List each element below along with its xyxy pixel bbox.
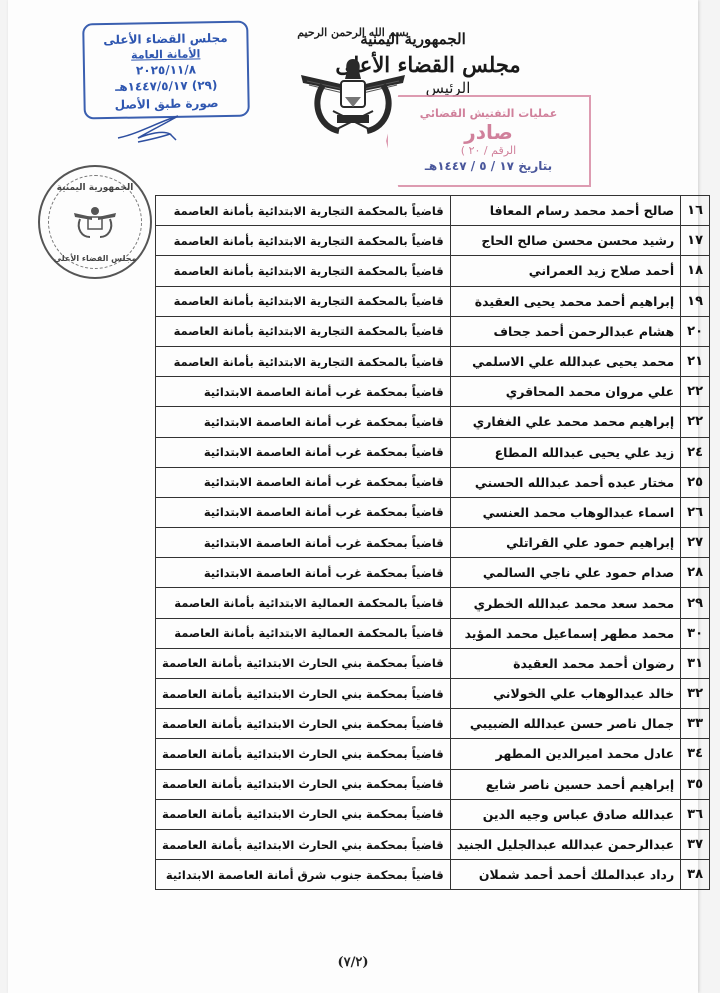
- court-assignment: قاضياً بمحكمة غرب أمانة العاصمة الابتدائ…: [156, 558, 451, 588]
- court-assignment: قاضياً بمحكمة غرب أمانة العاصمة الابتدائ…: [156, 467, 451, 497]
- table-row: ٢٤زيد علي يحيى عبدالله المطاعقاضياً بمحك…: [156, 437, 710, 467]
- row-number: ١٧: [681, 226, 710, 256]
- table-row: ١٨أحمد صلاح زيد العمرانيقاضياً بالمحكمة …: [156, 256, 710, 286]
- table-row: ٣٧عبدالرحمن عبدالله عبدالجليل الجنيدقاضي…: [156, 829, 710, 859]
- table-row: ٢٢إبراهيم محمد محمد علي الغفاريقاضياً بم…: [156, 407, 710, 437]
- stamp-council-name: مجلس القضاء الأعلى: [84, 31, 246, 48]
- court-assignment: قاضياً بالمحكمة التجارية الابتدائية بأما…: [156, 256, 451, 286]
- court-assignment: قاضياً بالمحكمة التجارية الابتدائية بأما…: [156, 286, 451, 316]
- judge-name: عبدالله صادق عباس وجيه الدين: [450, 799, 680, 829]
- judge-name: جمال ناصر حسن عبدالله الضبيبي: [450, 709, 680, 739]
- table-row: ٢٦اسماء عبدالوهاب محمد العنسيقاضياً بمحك…: [156, 497, 710, 527]
- stamp-gregorian-date: ٢٠٢٥/١١/٨: [85, 62, 247, 79]
- row-number: ٣٠: [681, 618, 710, 648]
- court-assignment: قاضياً بالمحكمة العمالية الابتدائية بأما…: [156, 588, 451, 618]
- judge-name: هشام عبدالرحمن أحمد جحاف: [450, 316, 680, 346]
- court-assignment: قاضياً بمحكمة بني الحارث الابتدائية بأما…: [156, 769, 451, 799]
- basmala: بسم الله الرحمن الرحيم: [293, 26, 413, 39]
- table-row: ١٧رشيد محسن محسن صالح الحاجقاضياً بالمحك…: [156, 226, 710, 256]
- judge-name: علي مروان محمد المحاقري: [450, 377, 680, 407]
- table-row: ٢١محمد يحيى عبدالله علي الاسلميقاضياً با…: [156, 346, 710, 376]
- table-row: ٣٣جمال ناصر حسن عبدالله الضبيبيقاضياً بم…: [156, 709, 710, 739]
- blue-certification-stamp: مجلس القضاء الأعلى الأمانة العامة ٢٠٢٥/١…: [82, 21, 250, 120]
- row-number: ١٩: [681, 286, 710, 316]
- court-assignment: قاضياً بمحكمة غرب أمانة العاصمة الابتدائ…: [156, 407, 451, 437]
- table-row: ١٦صالح أحمد محمد رسام المعافاقاضياً بالم…: [156, 196, 710, 226]
- table-row: ٣٦عبدالله صادق عباس وجيه الدينقاضياً بمح…: [156, 799, 710, 829]
- row-number: ٢٥: [681, 467, 710, 497]
- judge-name: رضوان أحمد محمد العقيدة: [450, 648, 680, 678]
- court-assignment: قاضياً بمحكمة بني الحارث الابتدائية بأما…: [156, 709, 451, 739]
- table-row: ٣٥إبراهيم أحمد حسين ناصر شايعقاضياً بمحك…: [156, 769, 710, 799]
- judge-name: إبراهيم أحمد محمد يحيى العقيدة: [450, 286, 680, 316]
- round-seal-stamp: الجمهورية اليمنية مجلس القضاء الأعلى: [38, 165, 152, 279]
- table-row: ٣٨رداد عبدالملك أحمد أحمد شملانقاضياً بم…: [156, 860, 710, 890]
- judge-name: زيد علي يحيى عبدالله المطاع: [450, 437, 680, 467]
- seal-top-text: الجمهورية اليمنية: [40, 183, 150, 193]
- court-assignment: قاضياً بمحكمة بني الحارث الابتدائية بأما…: [156, 799, 451, 829]
- row-number: ٣٥: [681, 769, 710, 799]
- judge-name: رشيد محسن محسن صالح الحاج: [450, 226, 680, 256]
- table-row: ٢٨صدام حمود علي ناجي السالميقاضياً بمحكم…: [156, 558, 710, 588]
- court-assignment: قاضياً بمحكمة غرب أمانة العاصمة الابتدائ…: [156, 497, 451, 527]
- court-assignment: قاضياً بمحكمة بني الحارث الابتدائية بأما…: [156, 648, 451, 678]
- judge-name: محمد يحيى عبدالله علي الاسلمي: [450, 346, 680, 376]
- row-number: ١٨: [681, 256, 710, 286]
- judge-name: إبراهيم حمود علي القراتلي: [450, 528, 680, 558]
- stamp-frame: [386, 95, 591, 187]
- judge-name: صالح أحمد محمد رسام المعافا: [450, 196, 680, 226]
- page-indicator: (٧/٢): [8, 955, 698, 970]
- table-row: ٣٠محمد مطهر إسماعيل محمد المؤيدقاضياً با…: [156, 618, 710, 648]
- judge-name: عبدالرحمن عبدالله عبدالجليل الجنيد: [450, 829, 680, 859]
- row-number: ٢٢: [681, 377, 710, 407]
- table-row: ٢٥مختار عبده أحمد عبدالله الحسنيقاضياً ب…: [156, 467, 710, 497]
- judge-name: خالد عبدالوهاب علي الخولاني: [450, 679, 680, 709]
- seal-bottom-text: مجلس القضاء الأعلى: [40, 254, 150, 263]
- court-assignment: قاضياً بمحكمة غرب أمانة العاصمة الابتدائ…: [156, 377, 451, 407]
- row-number: ٣٨: [681, 860, 710, 890]
- row-number: ٣٤: [681, 739, 710, 769]
- row-number: ١٦: [681, 196, 710, 226]
- row-number: ٢٤: [681, 437, 710, 467]
- judge-name: محمد مطهر إسماعيل محمد المؤيد: [450, 618, 680, 648]
- table-row: ٢٢علي مروان محمد المحاقريقاضياً بمحكمة غ…: [156, 377, 710, 407]
- judge-name: مختار عبده أحمد عبدالله الحسني: [450, 467, 680, 497]
- table-row: ٣٤عادل محمد اميرالدين المطهرقاضياً بمحكم…: [156, 739, 710, 769]
- row-number: ٣٣: [681, 709, 710, 739]
- court-assignment: قاضياً بمحكمة غرب أمانة العاصمة الابتدائ…: [156, 528, 451, 558]
- pink-outgoing-stamp: عمليات التفتيش القضائي صادر الرقم / ٢٠ )…: [386, 95, 591, 187]
- row-number: ٢٨: [681, 558, 710, 588]
- judge-name: أحمد صلاح زيد العمراني: [450, 256, 680, 286]
- row-number: ٢١: [681, 346, 710, 376]
- table-row: ٣٢خالد عبدالوهاب علي الخولانيقاضياً بمحك…: [156, 679, 710, 709]
- stamp-secretariat: الأمانة العامة: [85, 47, 247, 63]
- judges-appointment-table: ١٦صالح أحمد محمد رسام المعافاقاضياً بالم…: [155, 195, 710, 890]
- table-row: ٣١رضوان أحمد محمد العقيدةقاضياً بمحكمة ب…: [156, 648, 710, 678]
- table-row: ٢٠هشام عبدالرحمن أحمد جحافقاضياً بالمحكم…: [156, 316, 710, 346]
- court-assignment: قاضياً بمحكمة غرب أمانة العاصمة الابتدائ…: [156, 437, 451, 467]
- row-number: ٢٦: [681, 497, 710, 527]
- row-number: ٢٧: [681, 528, 710, 558]
- court-assignment: قاضياً بمحكمة بني الحارث الابتدائية بأما…: [156, 739, 451, 769]
- row-number: ٣٦: [681, 799, 710, 829]
- row-number: ٣١: [681, 648, 710, 678]
- judge-name: اسماء عبدالوهاب محمد العنسي: [450, 497, 680, 527]
- judge-name: إبراهيم أحمد حسين ناصر شايع: [450, 769, 680, 799]
- judge-name: رداد عبدالملك أحمد أحمد شملان: [450, 860, 680, 890]
- row-number: ٢٩: [681, 588, 710, 618]
- judge-name: عادل محمد اميرالدين المطهر: [450, 739, 680, 769]
- court-assignment: قاضياً بمحكمة بني الحارث الابتدائية بأما…: [156, 829, 451, 859]
- court-assignment: قاضياً بالمحكمة التجارية الابتدائية بأما…: [156, 226, 451, 256]
- row-number: ٣٧: [681, 829, 710, 859]
- stamp-certified-copy: صورة طبق الأصل: [85, 96, 247, 113]
- court-assignment: قاضياً بمحكمة جنوب شرق أمانة العاصمة الا…: [156, 860, 451, 890]
- court-assignment: قاضياً بالمحكمة العمالية الابتدائية بأما…: [156, 618, 451, 648]
- stamp-hijri-date: (٢٩) ١٤٤٧/٥/١٧هـ: [85, 78, 247, 95]
- court-assignment: قاضياً بالمحكمة التجارية الابتدائية بأما…: [156, 196, 451, 226]
- court-assignment: قاضياً بمحكمة بني الحارث الابتدائية بأما…: [156, 679, 451, 709]
- judge-name: إبراهيم محمد محمد علي الغفاري: [450, 407, 680, 437]
- table-row: ٢٩محمد سعد محمد عبدالله الخطريقاضياً بال…: [156, 588, 710, 618]
- table-row: ١٩إبراهيم أحمد محمد يحيى العقيدةقاضياً ب…: [156, 286, 710, 316]
- row-number: ٢٢: [681, 407, 710, 437]
- court-assignment: قاضياً بالمحكمة التجارية الابتدائية بأما…: [156, 346, 451, 376]
- table-row: ٢٧إبراهيم حمود علي القراتليقاضياً بمحكمة…: [156, 528, 710, 558]
- seal-eagle-icon: [72, 203, 118, 239]
- judge-name: محمد سعد محمد عبدالله الخطري: [450, 588, 680, 618]
- signature-icon: [108, 112, 198, 144]
- row-number: ٣٢: [681, 679, 710, 709]
- court-assignment: قاضياً بالمحكمة التجارية الابتدائية بأما…: [156, 316, 451, 346]
- document-page: الجمهورية اليمنية مجلس القضاء الأعلى الر…: [8, 0, 698, 993]
- judge-name: صدام حمود علي ناجي السالمي: [450, 558, 680, 588]
- row-number: ٢٠: [681, 316, 710, 346]
